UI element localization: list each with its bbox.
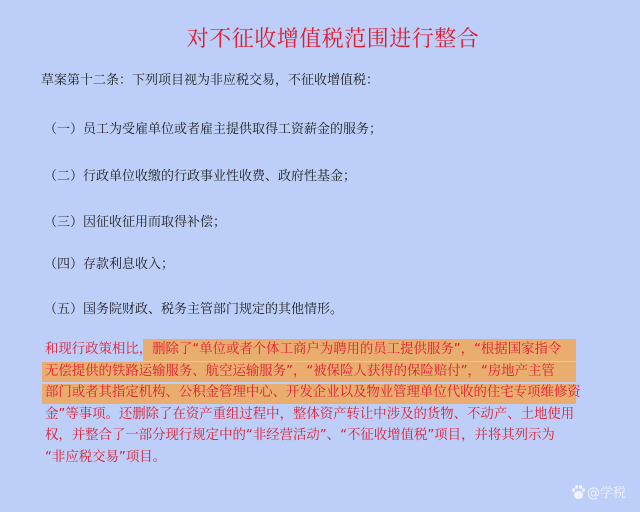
list-item-3: （三）因征收征用而取得补偿； — [44, 211, 226, 230]
list-item-5: （五）国务院财政、税务主管部门规定的其他情形。 — [44, 298, 343, 317]
summary-line-6: “非应税交易”项目。 — [45, 447, 590, 469]
summary-line-5: 权，并整合了一部分现行规定中的“非经营活动”、“不征收增值税”项目，并将其列示为 — [45, 425, 590, 447]
watermark: @学税 — [571, 482, 626, 501]
summary-line-4-plain: 金”等事项。还删除了在资产重组过程中，整体资产转让中涉及的货物、不动产、土地使用 — [45, 407, 574, 422]
list-item-4: （四）存款利息收入； — [44, 253, 174, 272]
intro-text: 草案第十二条：下列项目视为非应税交易，不征收增值税： — [41, 69, 379, 88]
list-item-2: （二）行政单位收缴的行政事业性收费、政府性基金； — [44, 165, 356, 184]
list-item-1: （一）员工为受雇单位或者雇主提供取得工资薪金的服务； — [44, 118, 382, 137]
summary-line-6-plain: “非应税交易”项目。 — [45, 450, 166, 465]
summary-line-3: 部门或者其指定机构、公积金管理中心、开发企业以及物业管理单位代收的住宅专项维修资 — [45, 382, 590, 404]
baidu-paw-icon — [571, 485, 585, 499]
summary-line-2: 无偿提供的铁路运输服务、航空运输服务”，“被保险人获得的保险赔付”，“房地产主管 — [45, 361, 590, 383]
summary-line-1-plain: 和现行政策相比， — [45, 342, 152, 357]
summary-line-4: 金”等事项。还删除了在资产重组过程中，整体资产转让中涉及的货物、不动产、土地使用 — [45, 404, 590, 426]
summary-line-1: 和现行政策相比，删除了“单位或者个体工商户为聘用的员工提供服务”，“根据国家指令 — [45, 339, 590, 361]
summary-line-1-highlight: 删除了“单位或者个体工商户为聘用的员工提供服务”，“根据国家指令 — [152, 342, 561, 357]
summary-paragraph: 和现行政策相比，删除了“单位或者个体工商户为聘用的员工提供服务”，“根据国家指令… — [45, 339, 590, 469]
summary-line-3-highlight: 部门或者其指定机构、公积金管理中心、开发企业以及物业管理单位代收的住宅专项维修资 — [45, 385, 581, 400]
summary-line-2-highlight: 无偿提供的铁路运输服务、航空运输服务”，“被保险人获得的保险赔付”，“房地产主管 — [45, 364, 555, 379]
page-title: 对不征收增值税范围进行整合 — [0, 22, 640, 53]
watermark-text: @学税 — [587, 482, 626, 501]
summary-line-5-plain: 权，并整合了一部分现行规定中的“非经营活动”、“不征收增值税”项目，并将其列示为 — [45, 428, 555, 443]
